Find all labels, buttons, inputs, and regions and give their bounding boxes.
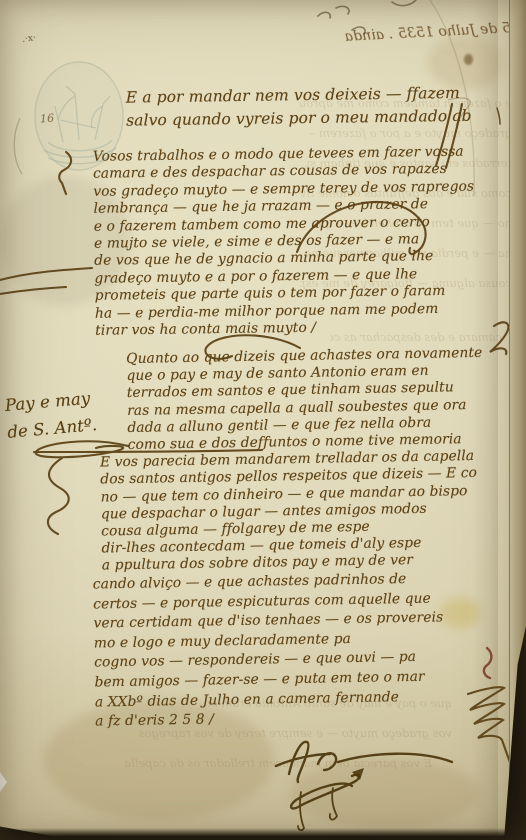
paragraph-2: Quanto ao que dizeis que achastes ora no… [98, 345, 502, 576]
heading-lines: E a por mandar nem vos deixeis — ffazems… [126, 81, 497, 132]
page-fold-shadow [472, 0, 498, 840]
folio-mark: 16 [40, 112, 55, 126]
paragraph-1: Vosos trabalhos e o modo que tevees em f… [93, 143, 496, 340]
bleedthrough-line: E vos parecia bem mandarem trelladar os … [100, 756, 432, 770]
closing-lines: cando alviço — e que achastes padrinhos … [93, 569, 496, 733]
manuscript-page: e o fazerem tambem como me aprouver o ce… [0, 0, 526, 840]
manuscript-photo: e o fazerem tambem como me aprouver o ce… [0, 0, 526, 840]
photo-dark-edge-bottom [0, 828, 526, 840]
margin-note: Pay e may de S. Antº. [4, 384, 98, 446]
pencil-mark: .·x· [21, 33, 36, 45]
